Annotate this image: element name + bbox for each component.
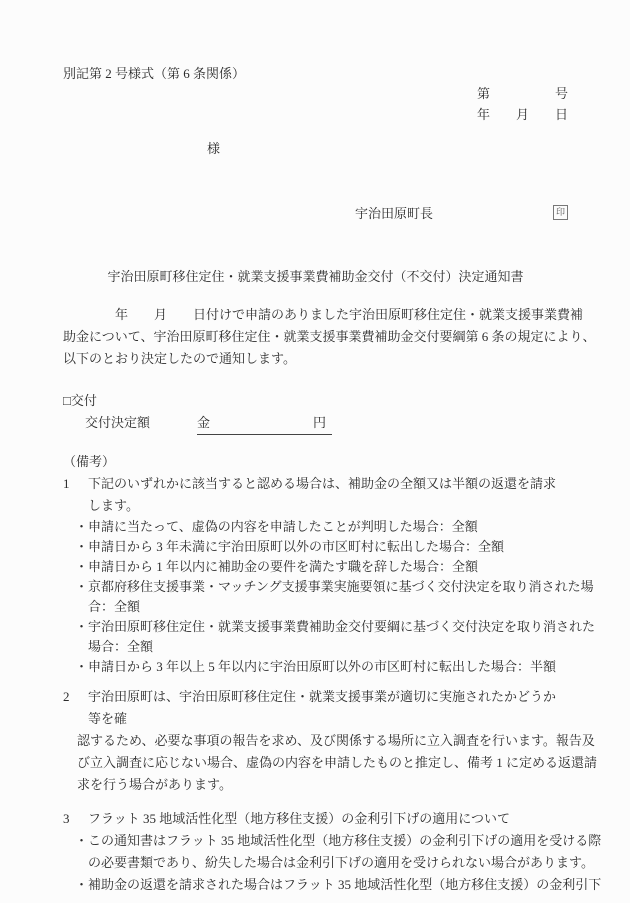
bullet-line: ・この通知書はフラット 35 地域活性化型（地方移住支援）の金利引下げの適用を受… — [63, 830, 568, 852]
remark-item-3-heading: 3フラット 35 地域活性化型（地方移住支援）の金利引下げの適用について — [63, 808, 568, 830]
body-line: 助金について、宇治田原町移住定住・就業支援事業費補助金交付要綱第 6 条の規定に… — [63, 326, 568, 348]
document-title: 宇治田原町移住定住・就業支援事業費補助金交付（不交付）決定通知書 — [63, 269, 568, 285]
bullet-line-continuation: の必要書類であり、紛失した場合は金利引下げの適用を受けられない場合があります。 — [63, 852, 568, 874]
item-number: 3 — [63, 808, 88, 830]
remarks-label: （備考） — [63, 454, 568, 469]
body-line: 以下のとおり決定したので通知します。 — [63, 348, 568, 370]
item-text-continuation: 認するため、必要な事項の報告を求め、及び関係する場所に立入調査を行います。報告及 — [63, 730, 568, 752]
document-number-line: 第 号 — [63, 86, 568, 101]
remark-item-1: 1下記のいずれかに該当すると認める場合は、補助金の全額又は半額の返還を請求します… — [63, 473, 568, 677]
document-page: 別記第 2 号様式（第 6 条関係） 第 号 年 月 日 様 宇治田原町長 印 … — [0, 0, 630, 903]
amount-field: 金円 — [197, 412, 332, 435]
form-reference: 別記第 2 号様式（第 6 条関係） — [63, 66, 568, 81]
remark-item-3: 3フラット 35 地域活性化型（地方移住支援）の金利引下げの適用について ・この… — [63, 808, 568, 896]
issuer-title: 宇治田原町長 — [355, 203, 433, 222]
amount-unit: 円 — [313, 412, 326, 434]
bullet-line: ・京都府移住支援事業・マッチング支援事業実施要領に基づく交付決定を取り消された場 — [63, 577, 568, 597]
bullet-line-continuation: 場合：全額 — [63, 637, 568, 657]
remark-item-1-bullets: ・申請に当たって、虚偽の内容を申請したことが判明した場合：全額 ・申請日から 3… — [63, 517, 568, 677]
bullet-line: ・宇治田原町移住定住・就業支援事業費補助金交付要綱に基づく交付決定を取り消された — [63, 617, 568, 637]
seal-stamp-icon: 印 — [553, 205, 568, 220]
amount-label: 交付決定額 — [85, 415, 150, 430]
remark-item-2-text: 2宇治田原町は、宇治田原町移住定住・就業支援事業が適切に実施されたかどうか等を確 — [63, 686, 568, 730]
remark-item-1-text: 1下記のいずれかに該当すると認める場合は、補助金の全額又は半額の返還を請求します… — [63, 473, 568, 517]
bullet-line: ・補助金の返還を請求された場合はフラット 35 地域活性化型（地方移住支援）の金… — [63, 874, 568, 896]
bullet-line: ・申請に当たって、虚偽の内容を申請したことが判明した場合：全額 — [63, 517, 568, 537]
amount-prefix: 金 — [197, 412, 210, 434]
amount-line: 交付決定額金円 — [63, 412, 568, 435]
bullet-line: ・申請日から 3 年以上 5 年以内に宇治田原町以外の市区町村に転出した場合：半… — [63, 657, 568, 677]
bullet-line: ・申請日から 3 年未満に宇治田原町以外の市区町村に転出した場合：全額 — [63, 537, 568, 557]
grant-checkbox-line: □交付 — [63, 393, 568, 408]
item-text-continuation: び立入調査に応じない場合、虚偽の内容を申請したものと推定し、備考 1 に定める返… — [63, 752, 568, 774]
grant-decision-section: □交付 交付決定額金円 — [63, 393, 568, 435]
issue-date-line: 年 月 日 — [63, 107, 568, 122]
item-text-continuation: 求を行う場合があります。 — [63, 774, 568, 796]
bullet-line-continuation: 合：全額 — [63, 597, 568, 617]
grant-label: 交付 — [71, 393, 97, 408]
remark-item-2: 2宇治田原町は、宇治田原町移住定住・就業支援事業が適切に実施されたかどうか等を確… — [63, 686, 568, 796]
addressee-line: 様 — [63, 141, 568, 156]
issuer-row: 宇治田原町長 印 — [63, 203, 568, 222]
item-text: 宇治田原町は、宇治田原町移住定住・就業支援事業が適切に実施されたかどうか等を確 — [88, 686, 568, 730]
item-number: 1 — [63, 473, 88, 517]
item-text: 下記のいずれかに該当すると認める場合は、補助金の全額又は半額の返還を請求します。 — [88, 473, 568, 517]
body-paragraph: 年 月 日付けで申請のありました宇治田原町移住定住・就業支援事業費補 助金につい… — [63, 304, 568, 370]
item-number: 2 — [63, 686, 88, 730]
body-line: 年 月 日付けで申請のありました宇治田原町移住定住・就業支援事業費補 — [63, 304, 568, 326]
addressee-suffix: 様 — [207, 141, 220, 156]
checkbox-icon: □ — [63, 393, 71, 408]
bullet-line: ・申請日から 1 年以内に補助金の要件を満たす職を辞した場合：全額 — [63, 557, 568, 577]
remark-item-3-bullets: ・この通知書はフラット 35 地域活性化型（地方移住支援）の金利引下げの適用を受… — [63, 830, 568, 896]
item-heading: フラット 35 地域活性化型（地方移住支援）の金利引下げの適用について — [88, 808, 510, 830]
